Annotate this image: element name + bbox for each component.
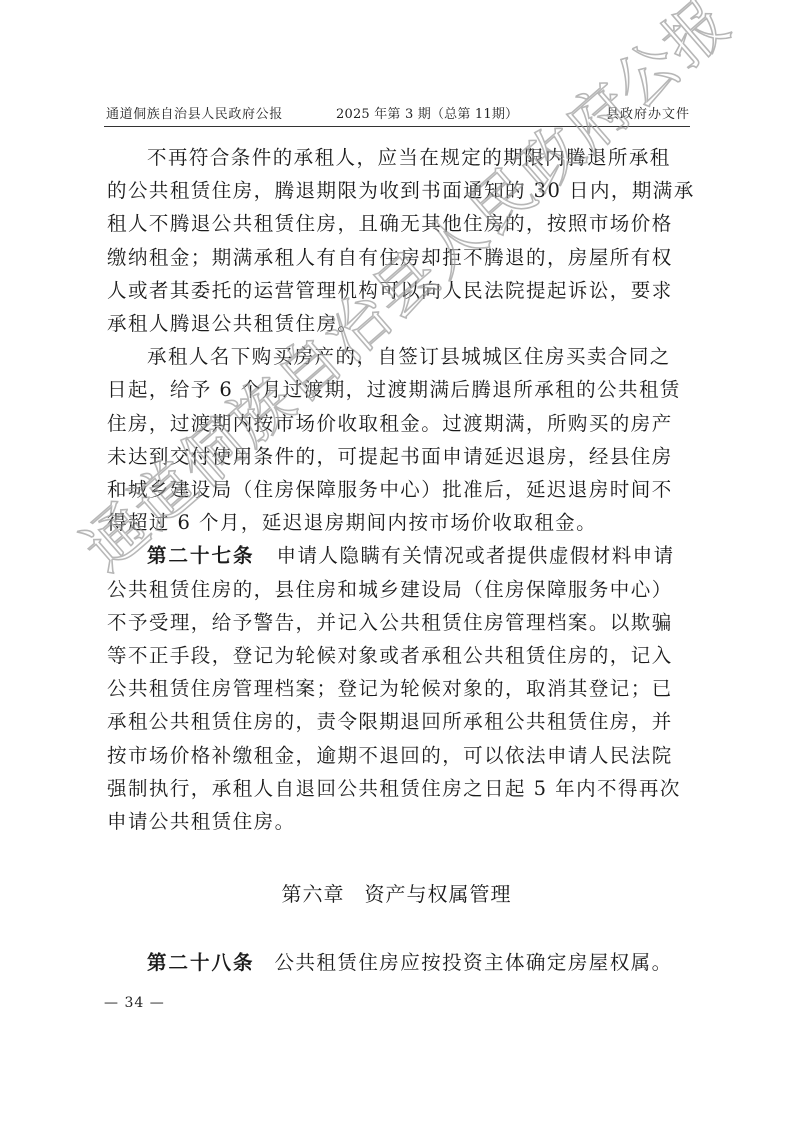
chapter-heading: 第六章资产与权属管理	[0, 878, 793, 907]
text-line: 日起，给予 6 个月过渡期，过渡期满后腾退所承租的公共租赁	[107, 373, 693, 406]
text-line: 不再符合条件的承租人，应当在规定的期限内腾退所承租	[107, 141, 693, 174]
article-text: 申请人隐瞒有关情况或者提供虚假材料申请	[277, 544, 675, 567]
article-text: 公共租赁住房应按投资主体确定房屋权属。	[275, 951, 673, 974]
chapter-title: 资产与权属管理	[365, 882, 512, 906]
text-line: 承租人腾退公共租赁住房。	[107, 307, 693, 340]
document-body: 不再符合条件的承租人，应当在规定的期限内腾退所承租 的公共租赁住房，腾退期限为收…	[107, 141, 693, 838]
text-line: 的公共租赁住房，腾退期限为收到书面通知的 30 日内，期满承	[107, 174, 693, 207]
text-line: 得超过 6 个月，延迟退房期间内按市场价收取租金。	[107, 506, 693, 539]
text-line: 承租公共租赁住房的，责令限期退回所承租公共租赁住房，并	[107, 705, 693, 738]
section-label: 县政府办文件	[606, 106, 690, 124]
page-number: — 34 —	[104, 995, 165, 1011]
text-line: 申请公共租赁住房。	[107, 805, 693, 838]
text-line: 第二十七条申请人隐瞒有关情况或者提供虚假材料申请	[107, 539, 693, 572]
text-line: 未达到交付使用条件的，可提起书面申请延迟退房，经县住房	[107, 440, 693, 473]
text-line: 公共租赁住房的，县住房和城乡建设局（住房保障服务中心）	[107, 573, 693, 606]
text-line: 人或者其委托的运营管理机构可以向人民法院提起诉讼，要求	[107, 274, 693, 307]
text-line: 缴纳租金；期满承租人有自有住房却拒不腾退的，房屋所有权	[107, 241, 693, 274]
text-line: 强制执行，承租人自退回公共租赁住房之日起 5 年内不得再次	[107, 772, 693, 805]
issue-number: 2025 年第 3 期（总第 11期）	[336, 106, 518, 124]
article-28: 第二十八条公共租赁住房应按投资主体确定房屋权属。	[147, 947, 673, 975]
article-label: 第二十七条	[147, 544, 255, 567]
article-label: 第二十八条	[147, 951, 255, 974]
text-line: 租人不腾退公共租赁住房，且确无其他住房的，按照市场价格	[107, 207, 693, 240]
text-line: 和城乡建设局（住房保障服务中心）批准后，延迟退房时间不	[107, 473, 693, 506]
text-line: 等不正手段，登记为轮候对象或者承租公共租赁住房的，记入	[107, 639, 693, 672]
article-27: 第二十七条申请人隐瞒有关情况或者提供虚假材料申请 公共租赁住房的，县住房和城乡建…	[107, 539, 693, 838]
paragraph-vacate-tenancy: 不再符合条件的承租人，应当在规定的期限内腾退所承租 的公共租赁住房，腾退期限为收…	[107, 141, 693, 340]
text-line: 不予受理，给予警告，并记入公共租赁住房管理档案。以欺骗	[107, 606, 693, 639]
paragraph-purchase-transition: 承租人名下购买房产的，自签订县城城区住房买卖合同之 日起，给予 6 个月过渡期，…	[107, 340, 693, 539]
text-line: 按市场价格补缴租金，逾期不退回的，可以依法申请人民法院	[107, 739, 693, 772]
text-line: 公共租赁住房管理档案；登记为轮候对象的，取消其登记；已	[107, 672, 693, 705]
text-line: 住房，过渡期内按市场价收取租金。过渡期满，所购买的房产	[107, 407, 693, 440]
publication-name: 通道侗族自治县人民政府公报	[106, 106, 283, 124]
chapter-number: 第六章	[282, 882, 345, 906]
running-header: 通道侗族自治县人民政府公报 2025 年第 3 期（总第 11期） 县政府办文件	[104, 106, 690, 127]
text-line: 承租人名下购买房产的，自签订县城城区住房买卖合同之	[107, 340, 693, 373]
